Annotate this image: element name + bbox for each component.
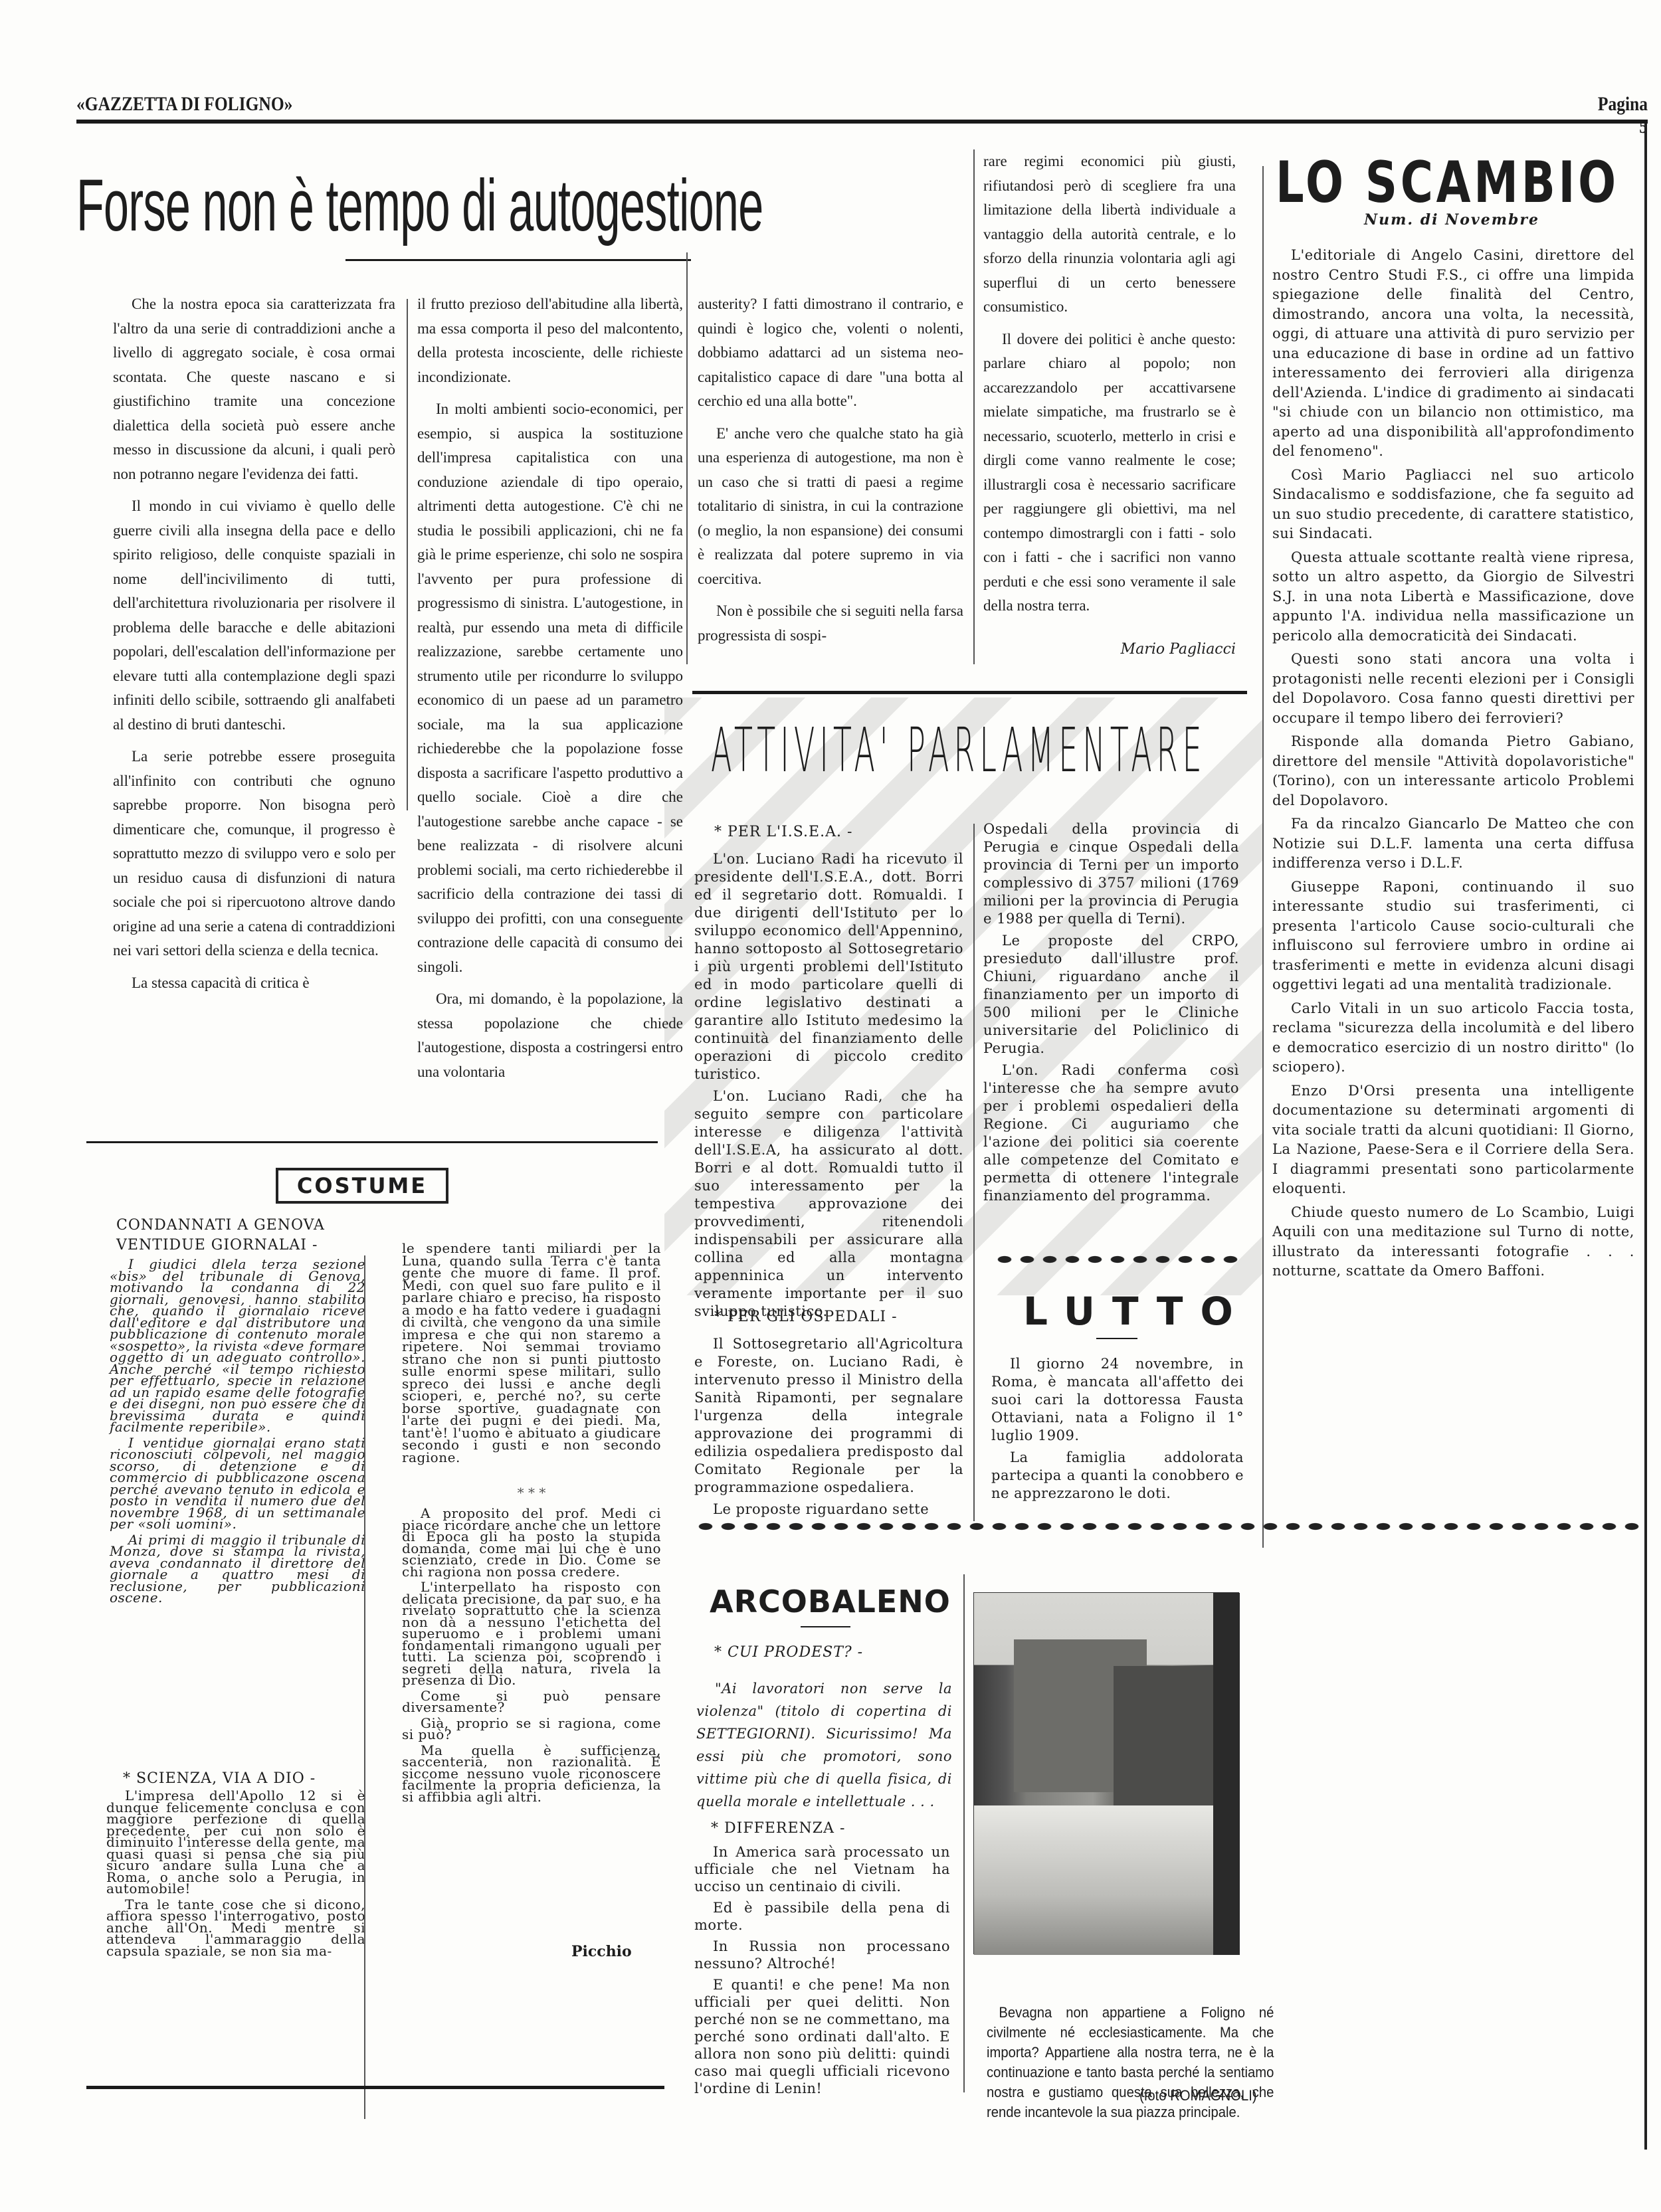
paragraph: L'on. Luciano Radi, che ha seguito sempr… xyxy=(694,1087,963,1321)
arcobaleno-underline xyxy=(801,1626,850,1627)
paragraph: "Ai lavoratori non serve la violenza" (t… xyxy=(696,1677,952,1813)
paragraph: I ventidue giornalai erano stati riconos… xyxy=(110,1437,365,1530)
paragraph: Le proposte del CRPO, presieduto dall'il… xyxy=(983,932,1239,1058)
paragraph: L'impresa dell'Apollo 12 si è dunque fel… xyxy=(106,1790,365,1895)
photo-tower xyxy=(1213,1593,1240,1955)
arcobaleno-p1: "Ai lavoratori non serve la violenza" (t… xyxy=(696,1677,952,1817)
lutto-body: Il giorno 24 novembre, in Roma, è mancat… xyxy=(991,1355,1244,1507)
paragraph: Ai primi di maggio il tribunale di Monza… xyxy=(110,1534,365,1604)
paragraph: Ora, mi domando, è la popolazione, la st… xyxy=(417,987,683,1084)
paragraph: il frutto prezioso dell'abitudine alla l… xyxy=(417,292,683,389)
autogestione-col1: Che la nostra epoca sia caratterizzata f… xyxy=(113,292,395,1003)
column-divider xyxy=(973,824,975,1521)
paragraph: L'on. Luciano Radi ha ricevuto il presid… xyxy=(694,850,963,1083)
paragraph: In America sarà processato un ufficiale … xyxy=(694,1843,950,1895)
paragraph: Enzo D'Orsi presenta una intelligente do… xyxy=(1272,1081,1634,1199)
arcobaleno-body: In America sarà processato un ufficiale … xyxy=(694,1843,950,2101)
bottom-rule xyxy=(86,2086,664,2089)
column-divider xyxy=(686,252,688,664)
paragraph: L'editoriale di Angelo Casini, direttore… xyxy=(1272,246,1634,462)
headline-autogestione: Forse non è tempo di autogestione xyxy=(76,166,763,246)
subhead-differenza: * DIFFERENZA - xyxy=(711,1820,845,1837)
paragraph: In molti ambienti socio-economici, per e… xyxy=(417,397,683,979)
paragraph: le spendere tanti miliardi per la Luna, … xyxy=(402,1242,661,1463)
signature-picchio: Picchio xyxy=(571,1943,632,1960)
lutto-title: LUTTO xyxy=(1023,1289,1250,1334)
paragraph: Tra le tante cose che si dicono, affiora… xyxy=(106,1899,365,1958)
paper-name: «GAZZETTA DI FOLIGNO» xyxy=(76,93,292,116)
paragraph: Questa attuale scottante realtà viene ri… xyxy=(1272,548,1634,646)
parlamentare-col1: L'on. Luciano Radi ha ricevuto il presid… xyxy=(694,850,963,1325)
paragraph: Il giorno 24 novembre, in Roma, è mancat… xyxy=(991,1355,1244,1445)
section-rule xyxy=(86,1141,658,1143)
costume-title: COSTUME xyxy=(276,1168,448,1204)
costume-col1b: L'impresa dell'Apollo 12 si è dunque fel… xyxy=(106,1790,365,1961)
paragraph: Chiude questo numero de Lo Scambio, Luig… xyxy=(1272,1203,1634,1281)
lutto-underline xyxy=(1096,1338,1137,1339)
subhead-cui-prodest: * CUI PRODEST? - xyxy=(714,1644,863,1661)
paragraph: Ma quella è sufficienza, saccenteria, no… xyxy=(402,1745,661,1803)
column-divider xyxy=(963,1574,965,2092)
paragraph: E quanti! e che pene! Ma non ufficiali p… xyxy=(694,1976,950,2097)
paragraph: Questi sono stati ancora una volta i pro… xyxy=(1272,650,1634,728)
attivita-parlamentare-title: ATTIVITA' PARLAMENTARE xyxy=(711,717,1207,784)
header-rule xyxy=(76,120,1648,124)
photo-credit: (foto ROMAGNOLI) xyxy=(1139,2086,1257,2106)
photo-piazza xyxy=(974,1805,1213,1955)
costume-headline: CONDANNATI A GENOVA VENTIDUE GIORNALAI - xyxy=(116,1216,355,1255)
dotted-divider xyxy=(993,1254,1246,1265)
paragraph: E' anche vero che qualche stato ha già u… xyxy=(698,422,963,592)
parlamentare-col1b: Il Sottosegretario all'Agricoltura e For… xyxy=(694,1335,963,1522)
paragraph: Il mondo in cui viviamo è quello delle g… xyxy=(113,494,395,737)
signature-pagliacci: Mario Pagliacci xyxy=(1076,641,1236,658)
paragraph: L'interpellato ha risposto con delicata … xyxy=(402,1582,661,1687)
paragraph: Carlo Vitali in un suo articolo Faccia t… xyxy=(1272,999,1634,1077)
paragraph: Giuseppe Raponi, continuando il suo inte… xyxy=(1272,877,1634,995)
arcobaleno-title: ARCOBALENO xyxy=(710,1584,951,1619)
lo-scambio-body: L'editoriale di Angelo Casini, direttore… xyxy=(1272,246,1634,1285)
autogestione-col4: rare regimi economici più giusti, rifiut… xyxy=(983,149,1236,626)
paragraph: In Russia non processano nessuno? Altroc… xyxy=(694,1938,950,1972)
dotted-divider xyxy=(694,1521,1644,1532)
subhead-scienza: * SCIENZA, VIA A DIO - xyxy=(123,1770,316,1787)
column-divider xyxy=(1262,166,1264,1548)
asterism-separator: * * * xyxy=(402,1485,661,1501)
paragraph: Non è possibile che si seguiti nella far… xyxy=(698,599,963,648)
paragraph: austerity? I fatti dimostrano il contrar… xyxy=(698,292,963,414)
column-divider xyxy=(364,1255,365,2119)
costume-col1: I giudici dlela terza sezione «bis» del … xyxy=(110,1259,365,1608)
lo-scambio-title: LO SCAMBIO xyxy=(1276,149,1619,216)
paragraph: Ed è passibile della pena di morte. xyxy=(694,1899,950,1934)
paragraph: Il Sottosegretario all'Agricoltura e For… xyxy=(694,1335,963,1497)
paragraph: L'on. Radi conferma così l'interesse che… xyxy=(983,1061,1239,1205)
autogestione-col3: austerity? I fatti dimostrano il contrar… xyxy=(698,292,963,656)
paragraph: La stessa capacità di critica è xyxy=(113,971,395,996)
paragraph: Che la nostra epoca sia caratterizzata f… xyxy=(113,292,395,486)
page-number: Pagina 5 xyxy=(1586,93,1648,138)
costume-col2: le spendere tanti miliardi per la Luna, … xyxy=(402,1242,661,1467)
paragraph: Già, proprio se si ragiona, come si può? xyxy=(402,1718,661,1741)
paragraph: rare regimi economici più giusti, rifiut… xyxy=(983,149,1236,320)
paragraph: La serie potrebbe essere proseguita all'… xyxy=(113,745,395,963)
autogestione-col2: il frutto prezioso dell'abitudine alla l… xyxy=(417,292,683,1092)
section-rule xyxy=(692,691,1247,694)
paragraph: Così Mario Pagliacci nel suo articolo Si… xyxy=(1272,466,1634,544)
paragraph: Come si può pensare diversamente? xyxy=(402,1691,661,1714)
costume-col2b: A proposito del prof. Medi ci piace rico… xyxy=(402,1508,661,1807)
paragraph: Fa da rincalzo Giancarlo De Matteo che c… xyxy=(1272,814,1634,874)
subhead-isea: * PER L'I.S.E.A. - xyxy=(714,824,852,840)
column-divider xyxy=(407,299,408,810)
column-divider xyxy=(973,149,975,664)
photo-building-right xyxy=(1114,1666,1220,1805)
paragraph: A proposito del prof. Medi ci piace rico… xyxy=(402,1508,661,1578)
parlamentare-col2: Ospedali della provincia di Perugia e ci… xyxy=(983,820,1239,1209)
bevagna-photo xyxy=(973,1592,1239,1954)
paragraph: I giudici dlela terza sezione «bis» del … xyxy=(110,1259,365,1433)
paragraph: La famiglia addolorata partecipa a quant… xyxy=(991,1449,1244,1503)
paragraph: Le proposte riguardano sette xyxy=(694,1501,963,1519)
headline-underline xyxy=(345,259,691,261)
paragraph: Ospedali della provincia di Perugia e ci… xyxy=(983,820,1239,928)
right-border-rule xyxy=(1644,124,1647,2150)
paragraph: Il dovere dei politici è anche questo: p… xyxy=(983,327,1236,618)
paragraph: Risponde alla domanda Pietro Gabiano, di… xyxy=(1272,732,1634,810)
lo-scambio-subtitle: Num. di Novembre xyxy=(1262,211,1641,229)
subhead-ospedali: * PER GLI OSPEDALI - xyxy=(714,1309,898,1325)
